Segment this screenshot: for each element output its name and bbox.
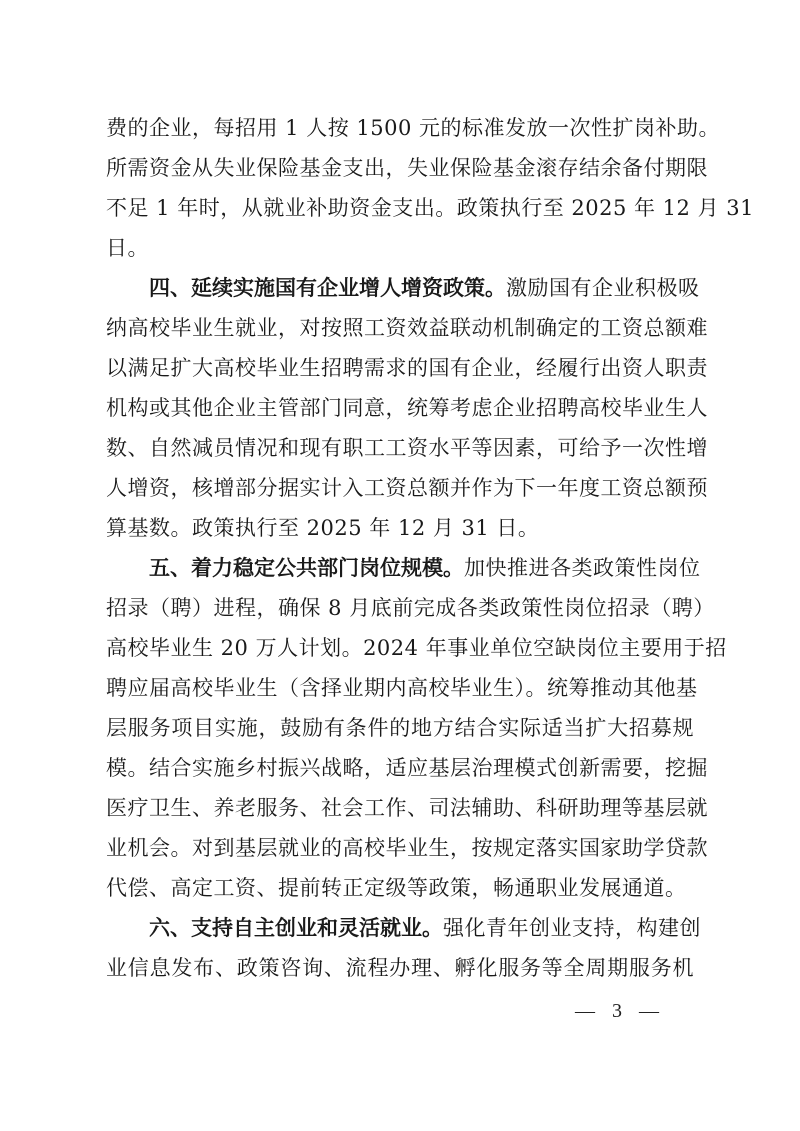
section-5-first-line: 五、着力稳定公共部门岗位规模。加快推进各类政策性岗位 [106, 548, 694, 588]
paragraph-line: 代偿、高定工资、提前转正定级等政策，畅通职业发展通道。 [106, 868, 694, 908]
page-number: — 3 — [575, 1000, 665, 1023]
section-4-text: 激励国有企业积极吸 [506, 276, 700, 300]
paragraph-line: 医疗卫生、养老服务、社会工作、司法辅助、科研助理等基层就 [106, 788, 694, 828]
paragraph-line: 人增资，核增部分据实计入工资总额并作为下一年度工资总额预 [106, 468, 694, 508]
section-5-heading: 五、着力稳定公共部门岗位规模。 [149, 556, 464, 580]
paragraph-line: 聘应届高校毕业生（含择业期内高校毕业生）。统筹推动其他基 [106, 668, 694, 708]
section-4-heading: 四、延续实施国有企业增人增资政策。 [149, 276, 506, 300]
paragraph-line: 纳高校毕业生就业，对按照工资效益联动机制确定的工资总额难 [106, 308, 694, 348]
section-4-first-line: 四、延续实施国有企业增人增资政策。激励国有企业积极吸 [106, 268, 694, 308]
paragraph-line: 招录（聘）进程，确保 8 月底前完成各类政策性岗位招录（聘） [106, 588, 694, 628]
paragraph-line: 不足 1 年时，从就业补助资金支出。政策执行至 2025 年 12 月 31 [106, 188, 694, 228]
document-page: 费的企业，每招用 1 人按 1500 元的标准发放一次性扩岗补助。 所需资金从失… [0, 0, 800, 1131]
paragraph-line: 业信息发布、政策咨询、流程办理、孵化服务等全周期服务机 [106, 948, 694, 988]
document-body: 费的企业，每招用 1 人按 1500 元的标准发放一次性扩岗补助。 所需资金从失… [106, 108, 694, 988]
paragraph-line: 费的企业，每招用 1 人按 1500 元的标准发放一次性扩岗补助。 [106, 108, 694, 148]
section-6-text: 强化青年创业支持，构建创 [443, 916, 701, 940]
paragraph-line: 业机会。对到基层就业的高校毕业生，按规定落实国家助学贷款 [106, 828, 694, 868]
paragraph-line: 层服务项目实施，鼓励有条件的地方结合实际适当扩大招募规 [106, 708, 694, 748]
section-6-heading: 六、支持自主创业和灵活就业。 [149, 916, 443, 940]
paragraph-line: 机构或其他企业主管部门同意，统筹考虑企业招聘高校毕业生人 [106, 388, 694, 428]
paragraph-line: 高校毕业生 20 万人计划。2024 年事业单位空缺岗位主要用于招 [106, 628, 694, 668]
paragraph-line: 模。结合实施乡村振兴战略，适应基层治理模式创新需要，挖掘 [106, 748, 694, 788]
paragraph-line: 算基数。政策执行至 2025 年 12 月 31 日。 [106, 508, 694, 548]
paragraph-line: 数、自然减员情况和现有职工工资水平等因素，可给予一次性增 [106, 428, 694, 468]
paragraph-line: 以满足扩大高校毕业生招聘需求的国有企业，经履行出资人职责 [106, 348, 694, 388]
paragraph-line: 所需资金从失业保险基金支出，失业保险基金滚存结余备付期限 [106, 148, 694, 188]
section-6-first-line: 六、支持自主创业和灵活就业。强化青年创业支持，构建创 [106, 908, 694, 948]
section-5-text: 加快推进各类政策性岗位 [464, 556, 701, 580]
paragraph-line: 日。 [106, 228, 694, 268]
